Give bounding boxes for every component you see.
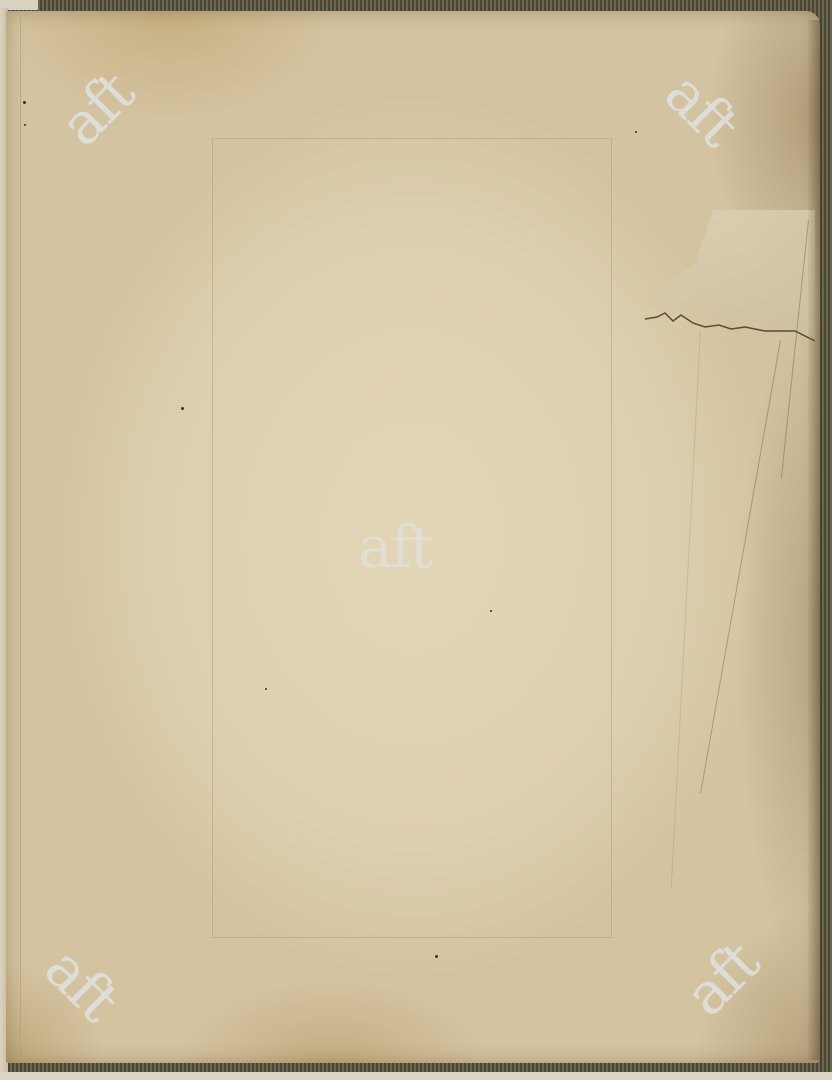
- paper-speck: [181, 407, 184, 410]
- paper-speck: [635, 131, 637, 133]
- paper-speck: [490, 610, 492, 612]
- paper-speck: [265, 688, 267, 690]
- background-strip: [0, 1072, 832, 1080]
- page-edge-shadow: [808, 20, 822, 1060]
- paper-speck: [24, 124, 26, 126]
- watermark-center: aft: [358, 518, 431, 576]
- book-photo: aft aft aft aft aft: [0, 0, 832, 1080]
- paper-speck: [435, 955, 438, 958]
- paper-speck: [23, 101, 26, 104]
- tear-edge: [645, 305, 815, 345]
- gutter-rule: [20, 17, 21, 1057]
